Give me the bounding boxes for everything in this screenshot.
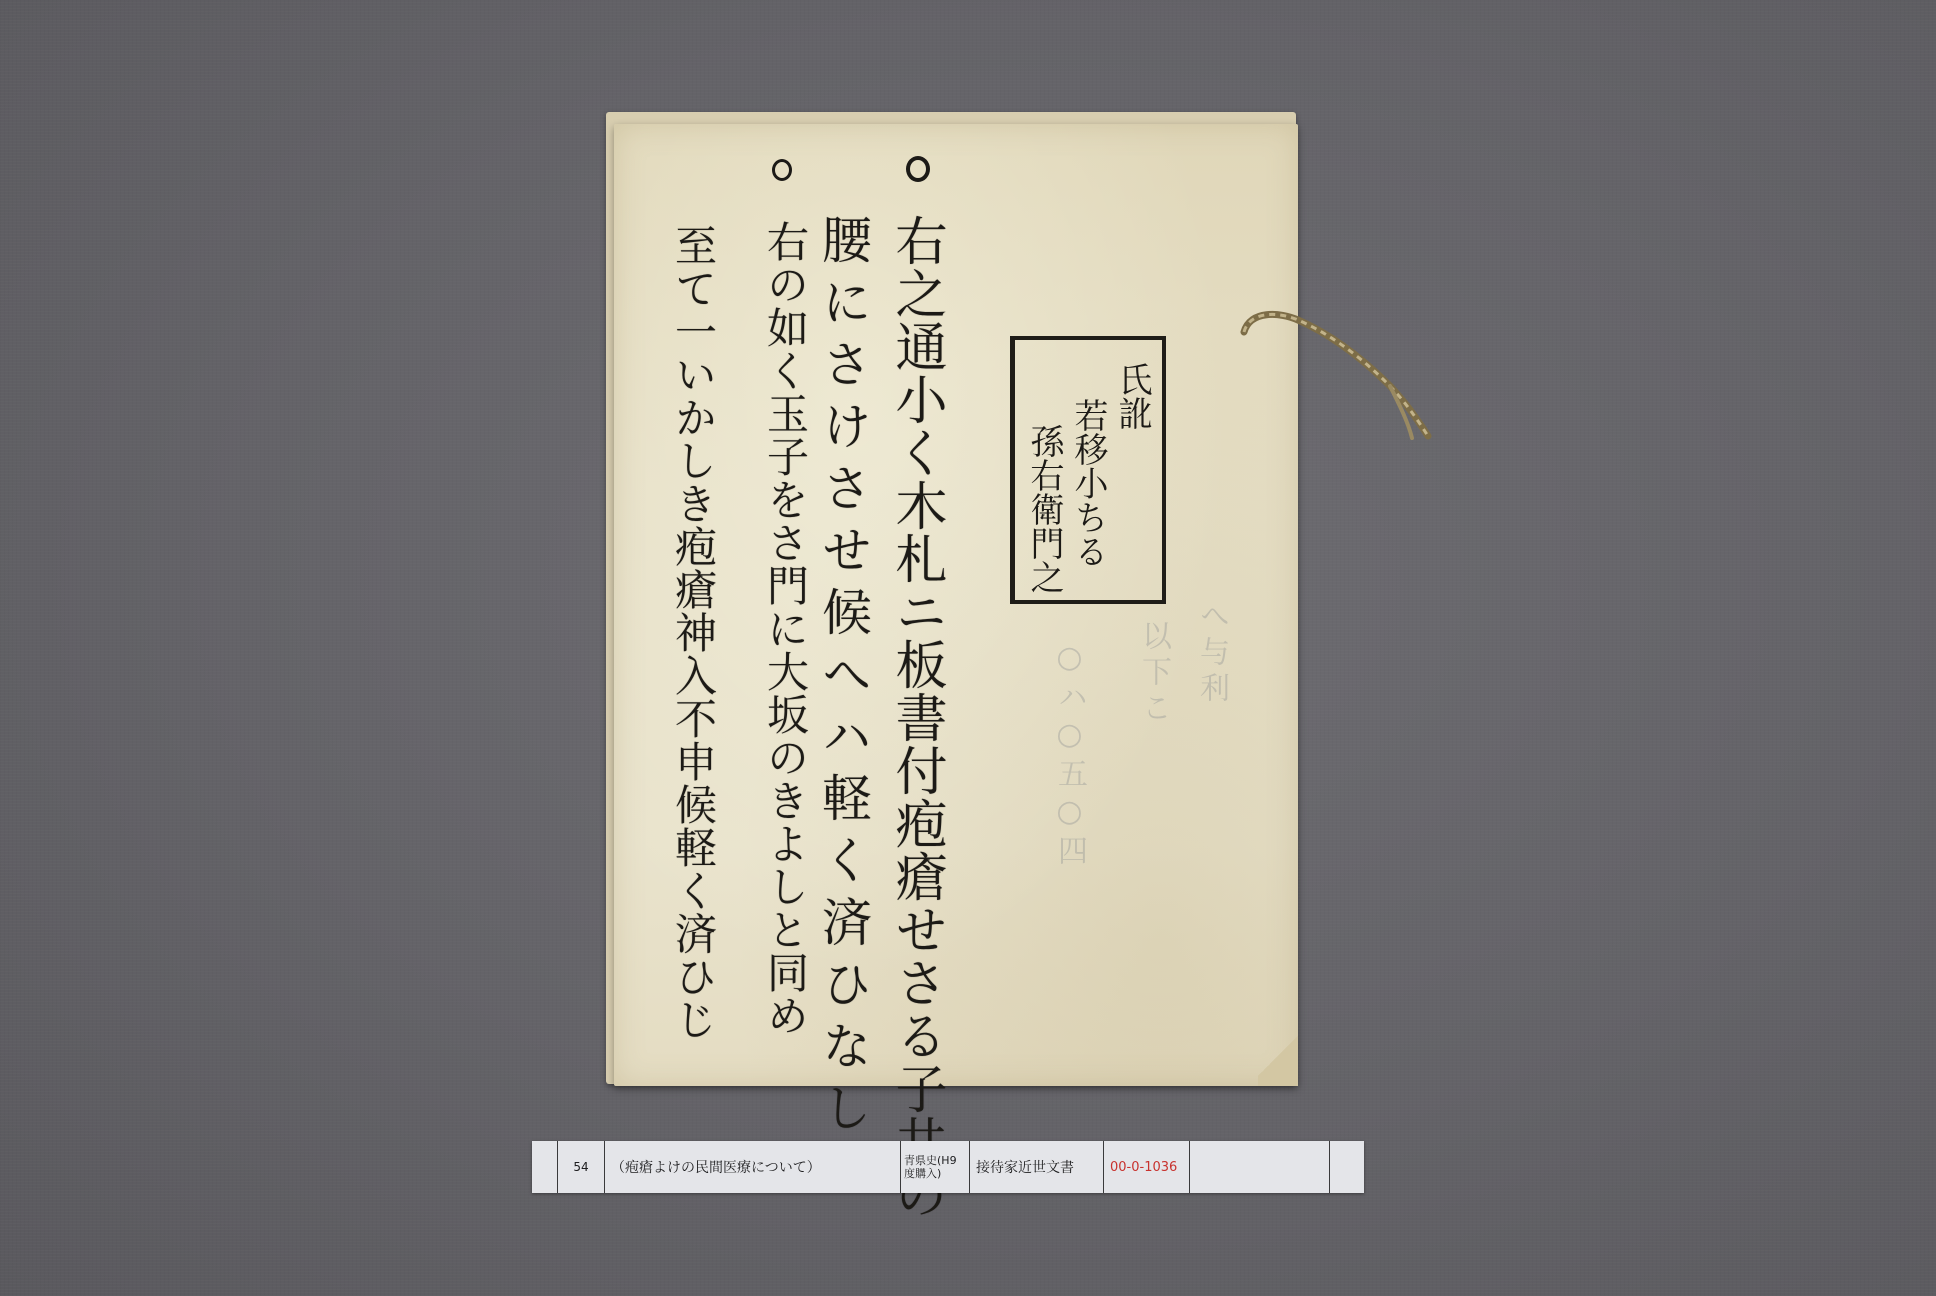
label-cell-blank xyxy=(1330,1141,1364,1193)
body-column-1: 右之通小く木札ニ板書付疱瘡せさる子共の xyxy=(890,214,942,1221)
label-item-number: 54 xyxy=(558,1141,605,1193)
bleed-through-text: ○ハ○五○四 xyxy=(1054,640,1084,871)
catalog-label: 54 （疱瘡よけの民間医療について） 青県史(H9 度購入) 接待家近世文書 0… xyxy=(532,1141,1364,1193)
title-column: 孫右衛門之 xyxy=(1027,424,1061,594)
label-catalog-code: 00-0-1036 xyxy=(1104,1141,1190,1193)
title-column: 氏訛 xyxy=(1115,362,1149,430)
bleed-through-text: へ与利 xyxy=(1196,600,1226,708)
title-box: 氏訛 若移小ちる 孫右衛門之 xyxy=(1010,336,1166,604)
label-source-line2: 度購入) xyxy=(904,1167,957,1180)
label-collection: 接待家近世文書 xyxy=(970,1141,1104,1193)
circle-mark xyxy=(906,156,930,182)
body-column-4: 至て一いかしき疱瘡神入不申候軽く済ひじ xyxy=(672,224,714,1041)
label-source: 青県史(H9 度購入) xyxy=(901,1141,970,1193)
body-column-3: 右の如く玉子をさ門に大坂のきよしと同め xyxy=(764,220,806,1037)
label-cell-blank xyxy=(1190,1141,1330,1193)
label-cell-blank xyxy=(532,1141,558,1193)
bleed-through-text: 以下こ xyxy=(1138,620,1168,728)
binding-string-icon xyxy=(1240,306,1440,446)
folded-corner xyxy=(1258,1026,1298,1086)
label-source-line1: 青県史(H9 xyxy=(904,1154,957,1167)
body-column-2: 腰にさけさせ候へハ軽く済ひなし xyxy=(818,214,868,1144)
circle-mark-small xyxy=(772,159,792,181)
label-title: （疱瘡よけの民間医療について） xyxy=(605,1141,901,1193)
title-column: 若移小ちる xyxy=(1071,398,1105,568)
